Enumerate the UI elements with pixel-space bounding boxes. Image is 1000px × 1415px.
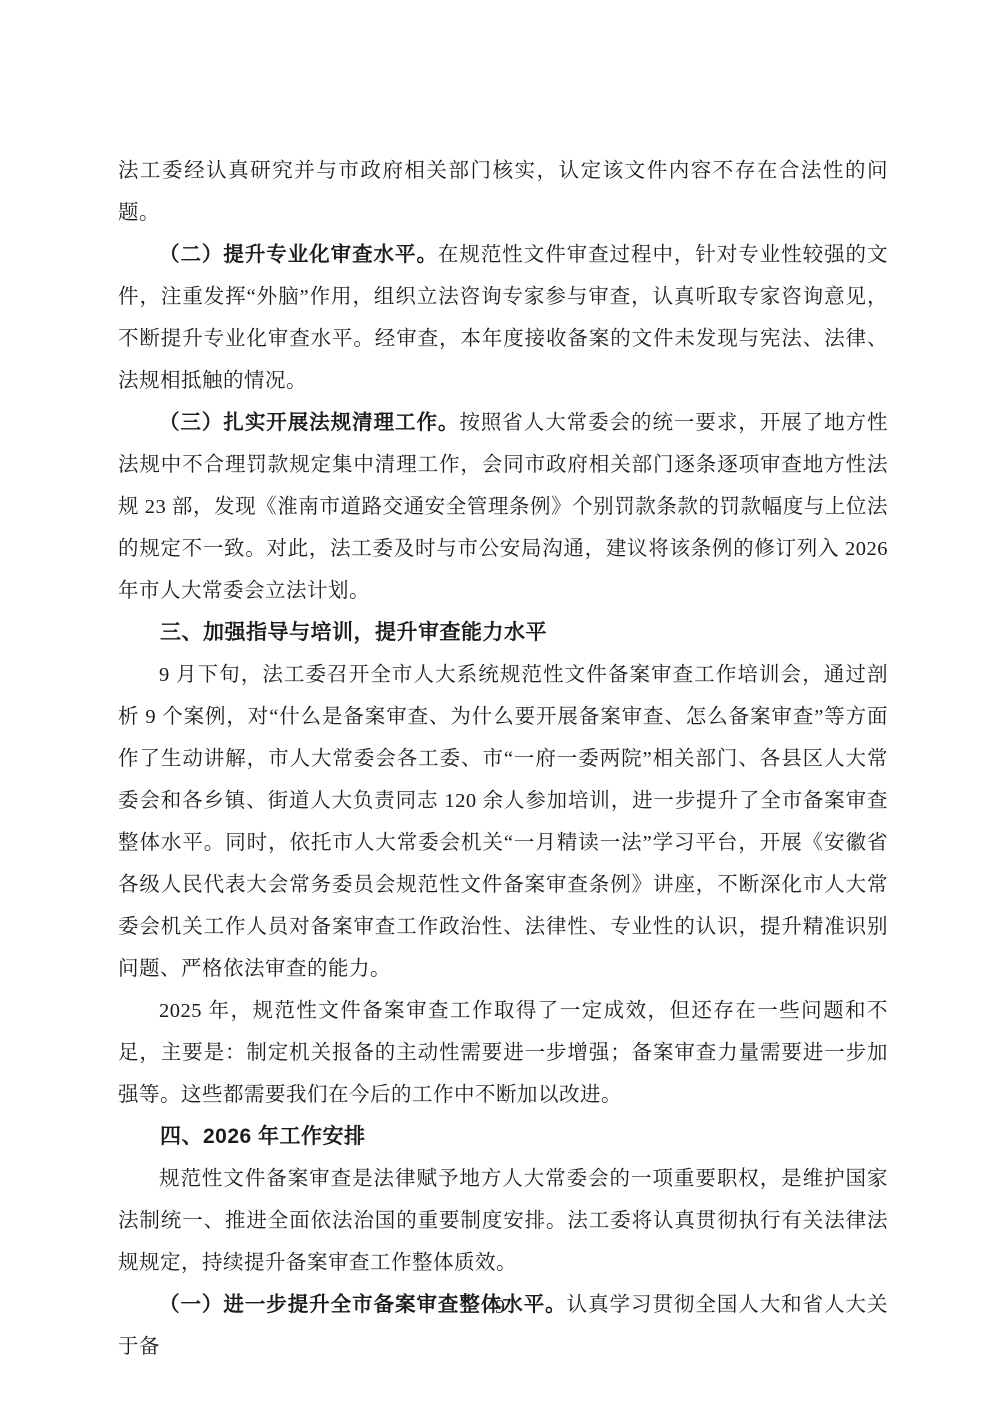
paragraph: 2025 年，规范性文件备案审查工作取得了一定成效，但还存在一些问题和不足，主要…	[118, 990, 888, 1116]
section-heading: 四、2026 年工作安排	[118, 1116, 888, 1158]
paragraph-lead: （三）扎实开展法规清理工作。	[159, 412, 459, 434]
section-heading: 三、加强指导与培训，提升审查能力水平	[118, 612, 888, 654]
paragraph: 9 月下旬，法工委召开全市人大系统规范性文件备案审查工作培训会，通过剖析 9 个…	[118, 654, 888, 990]
paragraph-lead: （二）提升专业化审查水平。	[159, 244, 438, 266]
paragraph: 法工委经认真研究并与市政府相关部门核实，认定该文件内容不存在合法性的问题。	[118, 150, 888, 234]
document-body: 法工委经认真研究并与市政府相关部门核实，认定该文件内容不存在合法性的问题。（二）…	[118, 150, 888, 1368]
paragraph: （二）提升专业化审查水平。在规范性文件审查过程中，针对专业性较强的文件，注重发挥…	[118, 234, 888, 402]
paragraph: （三）扎实开展法规清理工作。按照省人大常委会的统一要求，开展了地方性法规中不合理…	[118, 402, 888, 612]
page-number: 9	[0, 1296, 1000, 1319]
paragraph: 规范性文件备案审查是法律赋予地方人大常委会的一项重要职权，是维护国家法制统一、推…	[118, 1158, 888, 1284]
document-page: 法工委经认真研究并与市政府相关部门核实，认定该文件内容不存在合法性的问题。（二）…	[0, 0, 1000, 1415]
